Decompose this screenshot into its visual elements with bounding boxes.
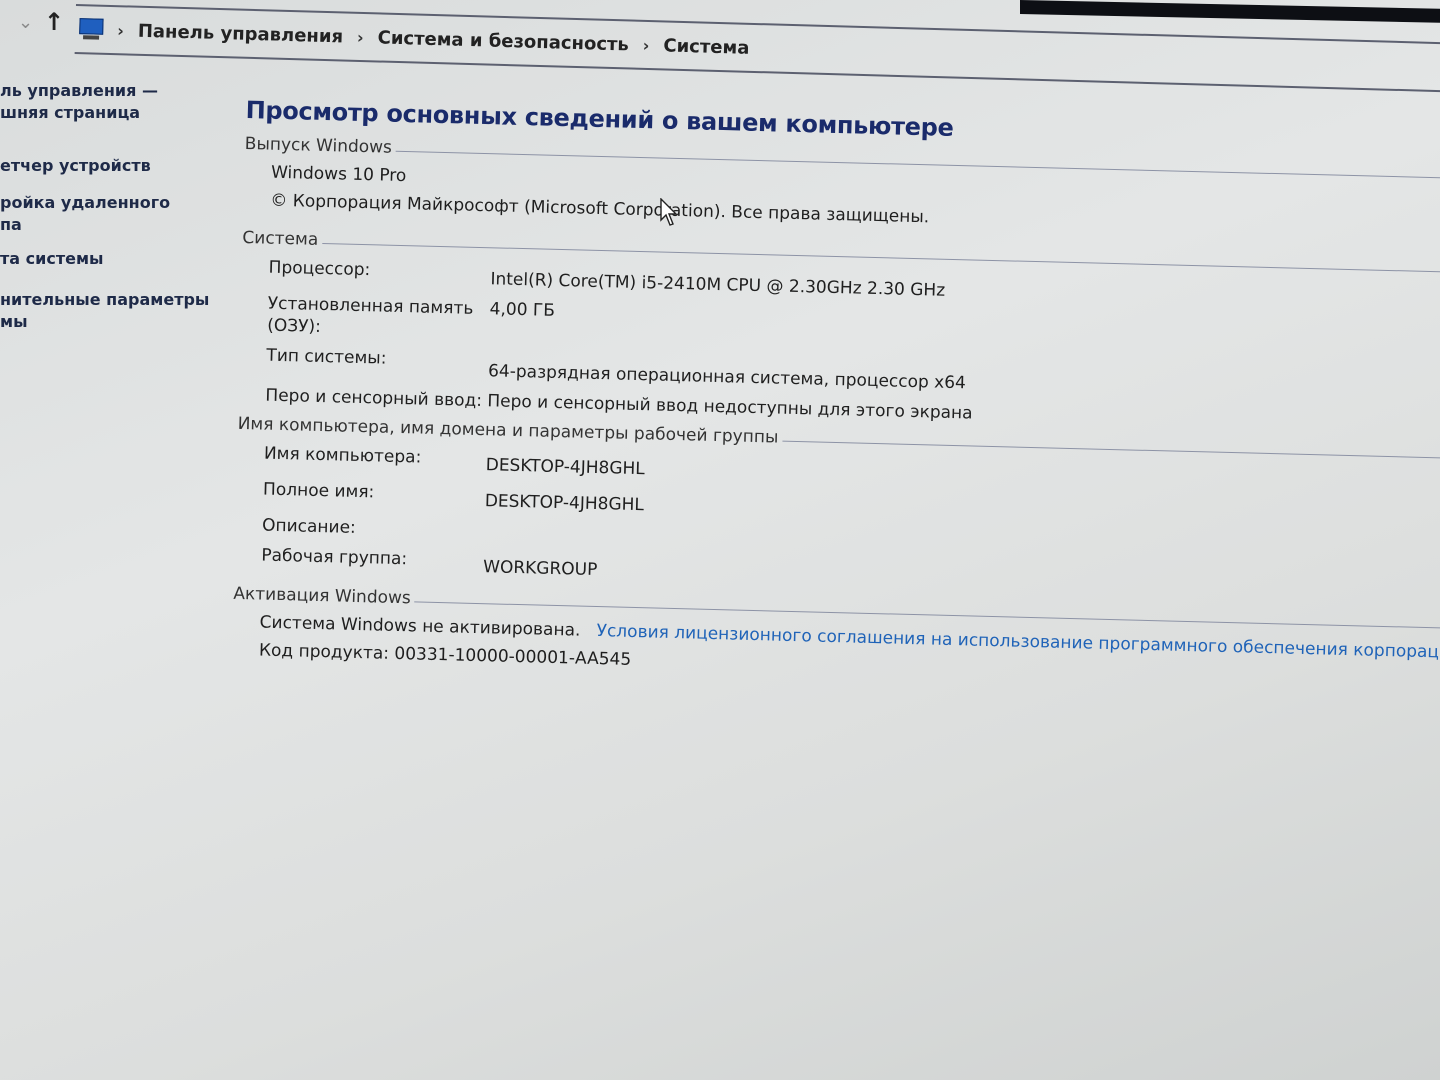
breadcrumb-system-security[interactable]: Система и безопасность	[377, 27, 629, 55]
sidebar-item-remote-settings[interactable]: ройка удаленного па	[0, 192, 170, 236]
row-label: Установленная память (ОЗУ):	[240, 292, 490, 342]
row-value: DESKTOP-4JH8GHL	[485, 448, 645, 480]
back-arrow-icon[interactable]: ⌄	[18, 12, 33, 33]
row-label: Описание:	[235, 514, 484, 542]
activation-section: Активация Windows Система Windows не акт…	[232, 584, 1440, 695]
row-label: Процессор:	[241, 256, 491, 290]
section-heading: Активация Windows	[233, 584, 411, 608]
chevron-right-icon: ›	[643, 35, 650, 54]
sidebar-item-label: нительные параметры	[0, 289, 209, 311]
sidebar-item-control-panel-home[interactable]: ль управления — шняя страница	[0, 80, 158, 124]
screen-bezel	[1020, 0, 1440, 23]
breadcrumb-control-panel[interactable]: Панель управления	[138, 20, 344, 47]
row-value: 64-разрядная операционная система, проце…	[488, 350, 967, 394]
sidebar-item-label: етчер устройств	[0, 155, 151, 177]
row-value: 4,00 ГБ	[489, 298, 555, 344]
product-key-label: Код продукта:	[259, 641, 390, 664]
chevron-right-icon: ›	[357, 27, 364, 46]
main-content: Просмотр основных сведений о вашем компь…	[232, 96, 1440, 703]
section-heading: Система	[242, 228, 318, 250]
navigation-bar: ⌄ ↑ › Панель управления › Система и безо…	[0, 0, 1440, 72]
sidebar-item-label: ль управления —	[0, 80, 158, 102]
row-label: Перо и сенсорный ввод:	[238, 384, 487, 412]
sidebar-item-label: мы	[0, 311, 209, 333]
row-label: Полное имя:	[236, 478, 486, 512]
sidebar-item-label: па	[0, 214, 170, 236]
mouse-cursor-icon	[660, 198, 678, 228]
row-label: Тип системы:	[239, 344, 489, 382]
row-label: Рабочая группа:	[234, 544, 484, 578]
sidebar-item-system-protection[interactable]: та системы	[0, 248, 104, 270]
product-key: 00331-10000-00001-AA545	[394, 644, 631, 670]
row-label: Имя компьютера:	[237, 442, 487, 476]
row-value: WORKGROUP	[483, 550, 598, 581]
windows-edition-section: Выпуск Windows Windows 10 Pro © Корпорац…	[243, 134, 1440, 245]
sidebar-item-device-manager[interactable]: етчер устройств	[0, 155, 151, 177]
section-heading: Выпуск Windows	[245, 134, 393, 158]
system-section: Система Процессор: Intel(R) Core(TM) i5-…	[238, 228, 1440, 441]
sidebar-item-label: шняя страница	[0, 102, 158, 124]
computer-icon	[79, 18, 104, 41]
chevron-right-icon: ›	[117, 21, 124, 40]
row-value: Intel(R) Core(TM) i5-2410M CPU @ 2.30GHz…	[490, 262, 945, 302]
row-value: DESKTOP-4JH8GHL	[485, 484, 645, 516]
up-arrow-icon[interactable]: ↑	[44, 8, 64, 36]
sidebar-item-advanced-settings[interactable]: нительные параметры мы	[0, 289, 209, 333]
row-value: Перо и сенсорный ввод недоступны для это…	[487, 390, 973, 424]
section-heading: Имя компьютера, имя домена и параметры р…	[237, 414, 778, 448]
computer-name-section: Имя компьютера, имя домена и параметры р…	[234, 414, 1440, 607]
sidebar-item-label: та системы	[0, 248, 104, 270]
breadcrumb-system[interactable]: Система	[663, 35, 750, 58]
sidebar-item-label: ройка удаленного	[0, 192, 170, 214]
activation-status: Система Windows не активирована.	[259, 613, 580, 641]
